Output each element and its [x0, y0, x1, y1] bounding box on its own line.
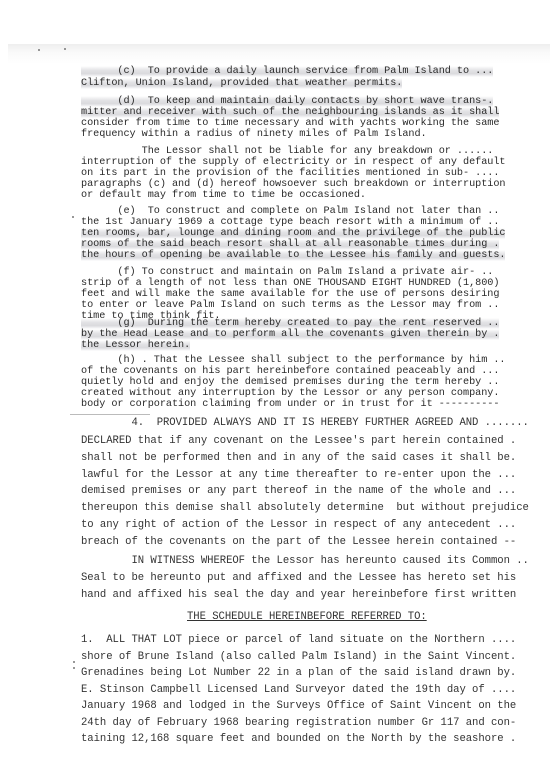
schedule-1-line-5: January 1968 and lodged in the Surveys O…	[81, 701, 516, 712]
schedule-1-line-3: Grenadines being Lot Number 22 in a plan…	[81, 668, 516, 679]
scan-speck	[72, 216, 74, 218]
paragraph-d-line-4: frequency within a radius of ninety mile…	[81, 129, 427, 140]
clause-4-line-5: demised premises or any part thereof in …	[81, 486, 516, 497]
clause-4-line-4: lawful for the Lessor at any time therea…	[81, 470, 516, 481]
paragraph-d-line-2: mitter and receiver with such of the nei…	[81, 107, 499, 118]
paragraph-d-line-3: consider from time to time necessary and…	[81, 118, 499, 129]
scan-speck	[73, 661, 75, 663]
paragraph-d-line-1: (d) To keep and maintain daily contacts …	[81, 96, 493, 107]
liability-line-1: The Lessor shall not be liable for any b…	[81, 146, 493, 157]
clause-4-line-3: shall not be performed then and in any o…	[81, 453, 516, 464]
clause-4-line-7: to any right of action of the Lessor in …	[81, 520, 516, 531]
schedule-1-line-1: 1. ALL THAT LOT piece or parcel of land …	[81, 635, 516, 646]
lease-document: (c) To provide a daily launch service fr…	[0, 0, 550, 778]
paragraph-c-line-1: (c) To provide a daily launch service fr…	[81, 66, 493, 77]
paragraph-f-line-1: (f) To construct and maintain on Palm Is…	[81, 267, 493, 278]
paragraph-h-line-3: quietly hold and enjoy the demised premi…	[81, 377, 499, 388]
paragraph-h-line-2: of the covenants on his part hereinbefor…	[81, 366, 499, 377]
paragraph-h-line-5: body or corporation claiming from under …	[81, 399, 499, 410]
paragraph-f-line-4: to enter or leave Palm Island on such te…	[81, 300, 499, 311]
clause-4-line-1: 4. PROVIDED ALWAYS AND IT IS HEREBY FURT…	[81, 418, 529, 429]
paragraph-h-line-1: (h) . That the Lessee shall subject to t…	[81, 355, 505, 366]
paragraph-e-line-5: the hours of opening be available to the…	[81, 250, 505, 261]
witness-line-1: IN WITNESS WHEREOF the Lessor has hereun…	[81, 556, 529, 567]
liability-line-5: or default may from time to time be occa…	[81, 190, 366, 201]
paragraph-g-line-1: (g) During the term hereby created to pa…	[81, 318, 499, 329]
paragraph-f-line-2: strip of a length of not less than ONE T…	[81, 278, 499, 289]
schedule-1-line-2: shore of Brune Island (also called Palm …	[81, 652, 516, 663]
scan-speck	[38, 49, 40, 51]
witness-line-2: Seal to be hereunto put and affixed and …	[81, 573, 516, 584]
paragraph-c-line-2: Clifton, Union Island, provided that wea…	[81, 78, 402, 89]
schedule-1-line-6: 24th day of February 1968 bearing regist…	[81, 718, 516, 729]
paragraph-g-line-3: the Lessor herein.	[81, 340, 190, 351]
schedule-1-line-7: taining 12,168 square feet and bounded o…	[81, 734, 516, 745]
clause-4-line-6: thereupon this demise shall absolutely d…	[81, 503, 529, 514]
liability-line-4: paragraphs (c) and (d) hereof howsoever …	[81, 179, 505, 190]
paragraph-e-line-4: rooms of the said beach resort shall at …	[81, 239, 499, 250]
scan-speck	[64, 48, 66, 50]
paragraph-g-line-2: by the Head Lease and to perform all the…	[81, 329, 499, 340]
paragraph-h-line-4: created without any interruption by the …	[81, 388, 499, 399]
clause-4-line-8: breach of the covenants on the part of t…	[81, 537, 516, 548]
liability-line-3: on its part in the provision of the faci…	[81, 168, 499, 179]
scan-rule	[70, 414, 150, 415]
paragraph-e-line-1: (e) To construct and complete on Palm Is…	[81, 206, 499, 217]
paragraph-e-line-3: ten rooms, bar, lounge and dining room a…	[81, 228, 505, 239]
paragraph-f-line-3: feet and will make the same available fo…	[81, 289, 499, 300]
witness-line-3: hand and affixed his seal the day and ye…	[81, 590, 516, 601]
clause-4-line-2: DECLARED that if any covenant on the Les…	[81, 436, 516, 447]
schedule-heading: THE SCHEDULE HEREINBEFORE REFERRED TO:	[187, 612, 427, 623]
liability-line-2: interruption of the supply of electricit…	[81, 157, 505, 168]
paragraph-e-line-2: the 1st January 1969 a cottage type beac…	[81, 217, 499, 228]
scan-speck	[73, 667, 75, 669]
schedule-1-line-4: E. Stinson Campbell Licensed Land Survey…	[81, 685, 516, 696]
